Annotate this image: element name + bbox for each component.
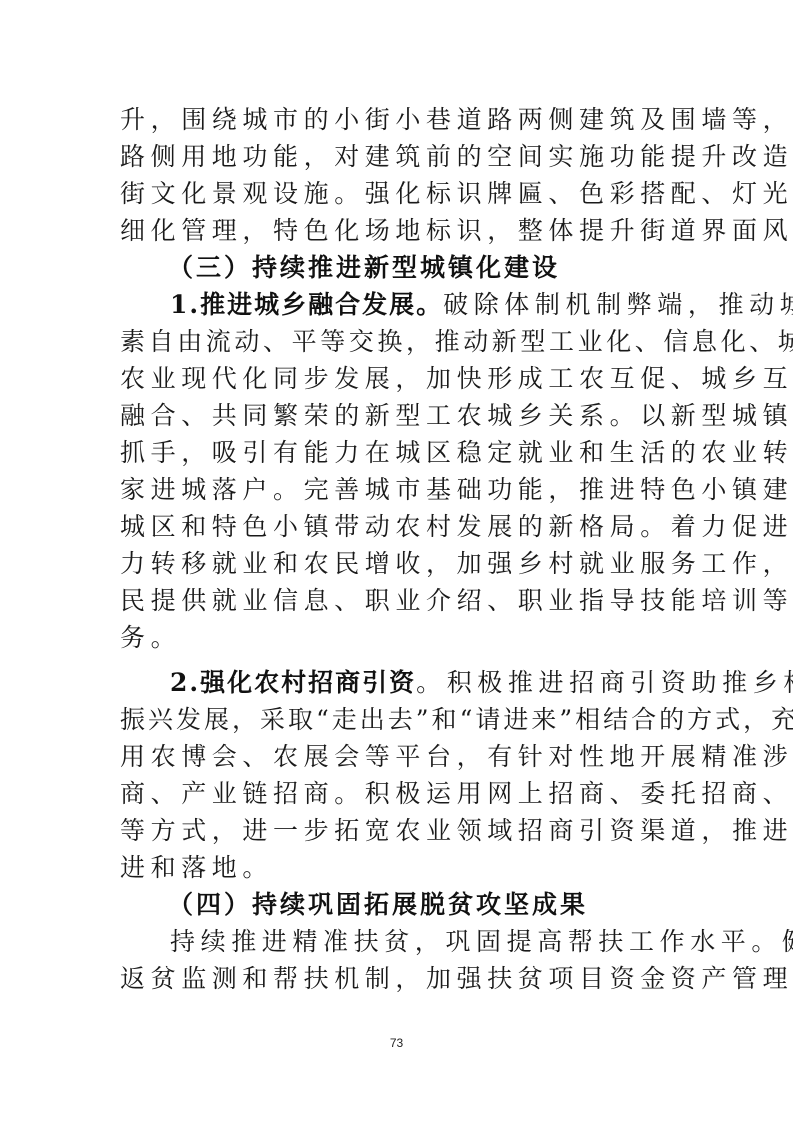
text-line: 路侧用地功能，对建筑前的空间实施功能提升改造，增设沿 [120, 138, 676, 175]
page-number: 73 [0, 1036, 793, 1050]
text-line: 用农博会、农展会等平台，有针对性地开展精准涉农领域招 [120, 738, 676, 775]
text-line: 细化管理，特色化场地标识，整体提升街道界面风貌。 [120, 212, 676, 249]
text-line: 城区和特色小镇带动农村发展的新格局。着力促进农村劳动 [120, 508, 676, 545]
bold-lead: 1.推进城乡融合发展。 [170, 290, 443, 319]
text-line: 升，围绕城市的小街小巷道路两侧建筑及围墙等，合理布置 [120, 101, 676, 138]
text-line: 返贫监测和帮扶机制，加强扶贫项目资金资产管理和监督， [120, 960, 676, 997]
section-heading-3: （三）持续推进新型城镇化建设 [120, 249, 676, 286]
text-line: 务。 [120, 619, 676, 656]
text-line: 抓手，吸引有能力在城区稳定就业和生活的农业转移人口举 [120, 434, 676, 471]
text-line: 力转移就业和农民增收，加强乡村就业服务工作，为农村居 [120, 545, 676, 582]
text-line: 家进城落户。完善城市基础功能，推进特色小镇建设，形成 [120, 471, 676, 508]
text-line: 持续推进精准扶贫，巩固提高帮扶工作水平。健全防止 [120, 923, 676, 960]
bold-lead: 2.强化农村招商引资 [170, 668, 416, 697]
paragraph-first-line: 1.推进城乡融合发展。破除体制机制弊端，推动城乡要 [120, 286, 676, 323]
paragraph-first-line: 2.强化农村招商引资。积极推进招商引资助推乡村产业 [120, 664, 676, 701]
section-heading-4: （四）持续巩固拓展脱贫攻坚成果 [120, 886, 676, 923]
text-line: 农业现代化同步发展，加快形成工农互促、城乡互补、全面 [120, 360, 676, 397]
text-line: 振兴发展，采取“走出去”和“请进来”相结合的方式，充分利 [120, 701, 676, 738]
text-span: 。积极推进招商引资助推乡村产业 [416, 668, 793, 697]
text-line: 街文化景观设施。强化标识牌匾、色彩搭配、灯光照明等精 [120, 175, 676, 212]
text-line: 进和落地。 [120, 849, 676, 886]
text-line: 等方式，进一步拓宽农业领域招商引资渠道，推进项目的引 [120, 812, 676, 849]
text-line: 融合、共同繁荣的新型工农城乡关系。以新型城镇化建设为 [120, 397, 676, 434]
document-page: 升，围绕城市的小街小巷道路两侧建筑及围墙等，合理布置 路侧用地功能，对建筑前的空… [120, 101, 676, 997]
text-line: 素自由流动、平等交换，推动新型工业化、信息化、城镇化、 [120, 323, 676, 360]
text-line: 民提供就业信息、职业介绍、职业指导技能培训等基础性服 [120, 582, 676, 619]
text-span: 破除体制机制弊端，推动城乡要 [443, 290, 793, 319]
text-line: 商、产业链招商。积极运用网上招商、委托招商、以商招商 [120, 775, 676, 812]
